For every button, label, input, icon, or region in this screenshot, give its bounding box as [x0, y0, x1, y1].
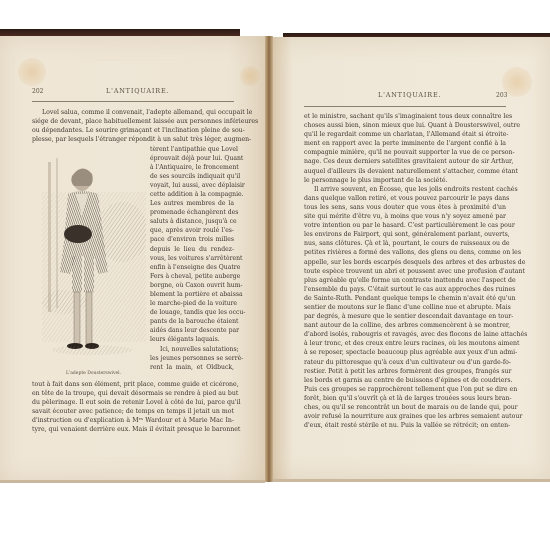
text-line: ou dépendantes. Le sourire grimaçant et … [32, 126, 234, 135]
text-line: du pèlerinage. Il eut soin de retenir Lo… [32, 398, 234, 407]
text-line: ches, ou qu'il se rencontrât un bout de … [304, 403, 506, 412]
text-line: les environs de Fairport, qui sont, géné… [304, 230, 506, 239]
left-running-head: L'ANTIQUAIRE. [106, 87, 169, 95]
text-line: voyait, lui aussi, avec déplaisir [150, 181, 234, 190]
text-line: blement la portière et abaissa [150, 290, 234, 299]
text-line: en tête de la troupe, qui devait désorma… [32, 389, 234, 398]
portrait-engraving-icon [42, 152, 146, 357]
foxing-stain [240, 66, 260, 86]
right-text: et le ministre, sachant qu'ils s'imagina… [304, 112, 506, 430]
left-text-side: tèrent l'antipathie que Lovel éprouvait … [150, 145, 234, 372]
text-line: Ici, nouvelles salutations; [150, 345, 234, 354]
text-line: borgne, où Caxon ouvrit hum- [150, 281, 234, 290]
text-line: l'ensemble du pays. C'était surtout le c… [304, 285, 506, 294]
text-line: par degrés, à mesure que le sentier desc… [304, 312, 506, 321]
text-line: appelle, sur les bords escarpés desquels… [304, 258, 506, 267]
text-line: petites rivières a formé des vallons, de… [304, 248, 506, 257]
text-line: nage. Ces deux derniers satellites gravi… [304, 157, 506, 166]
text-line: site qui mérite d'être vu, à moins que v… [304, 212, 506, 221]
text-line: d'eux, était resté stérile et nu. Puis l… [304, 421, 506, 430]
header-rule [304, 106, 506, 107]
text-line: restier. Petit à petit les arbres formèr… [304, 367, 506, 376]
text-line: Les autres membres de la [150, 199, 234, 208]
text-line: d'instruction ou d'explication à Mᵉˢ War… [32, 416, 234, 425]
text-line: dans quelque vallon retiré, et vous pouv… [304, 194, 506, 203]
text-line: nant autour de la colline, des arbres co… [304, 321, 506, 330]
text-line: Lovel salua, comme il convenait, l'adept… [32, 108, 234, 117]
text-line: à se reposer, spectacle beaucoup plus ag… [304, 348, 506, 357]
text-line: ment en rapport avec la perte imminente … [304, 139, 506, 148]
text-line: pants de la barouche étaient [150, 317, 234, 326]
header-rule [32, 101, 234, 102]
text-line: à l'Antiquaire, le froncement [150, 163, 234, 172]
text-line: les bords et garnis au centre de buisson… [304, 376, 506, 385]
text-line: votre intention ou par le hasard. C'est … [304, 221, 506, 230]
text-line: plesse, par lesquels l'étranger répondit… [32, 135, 234, 144]
text-line: plus agréable qu'elle forme un contraste… [304, 276, 506, 285]
text-line: tout à fait dans son élément, prit place… [32, 380, 234, 389]
text-line: enfin à l'enseigne des Quatre [150, 263, 234, 272]
text-line: sentier de moutons sur le flanc d'une co… [304, 303, 506, 312]
right-page-number: 203 [496, 92, 507, 99]
text-line: savait écouter avec patience; de temps e… [32, 407, 234, 416]
text-line: les jeunes personnes se serrè- [150, 354, 234, 363]
text-line: auquel d'ailleurs ils devaient naturelle… [304, 167, 506, 176]
text-line: pace d'environ trois milles [150, 235, 234, 244]
text-line: Il arrive souvent, en Écosse, que les jo… [304, 185, 506, 194]
text-line: de Sainte-Ruth. Pendant quelque temps le… [304, 294, 506, 303]
text-line: cette addition à la compagnie. [150, 190, 234, 199]
text-line: depuis le lieu du rendez- [150, 245, 234, 254]
left-text-top: Lovel salua, comme il convenait, l'adept… [32, 108, 234, 144]
right-running-head: L'ANTIQUAIRE. [378, 91, 441, 99]
illustration-caption: L'adepte Dousterswivel. [66, 371, 121, 376]
text-line: d'abord isolés, rabougris et ravagés, av… [304, 330, 506, 339]
left-text-bottom: tout à fait dans son élément, prit place… [32, 380, 234, 435]
text-line: que, après avoir roulé l'es- [150, 226, 234, 235]
text-line: aidés dans leur descente par [150, 326, 234, 335]
text-line: toute espèce trouvent un abri et poussen… [304, 267, 506, 276]
text-line: rent la main, et Oldbuck, [150, 363, 234, 372]
text-line: avoir refusé la nourriture aux graines q… [304, 412, 506, 421]
text-line: le personnage le plus important de la so… [304, 176, 506, 185]
text-line: éprouvait déjà pour lui. Quant [150, 154, 234, 163]
text-line: promenade échangèrent des [150, 208, 234, 217]
text-line: tous les sens, sans vous douter que vous… [304, 203, 506, 212]
text-line: tyre, qui venaient derrière eux. Mais il… [32, 425, 234, 434]
text-line: rateur du pittoresque qu'à ceux d'un cul… [304, 358, 506, 367]
text-line: leurs élégants laquais. [150, 335, 234, 344]
text-line: siége de devant, place habituellement la… [32, 117, 234, 126]
text-line: tèrent l'antipathie que Lovel [150, 145, 234, 154]
text-line: saluts à distance, jusqu'à ce [150, 217, 234, 226]
page-bottom-edge [273, 479, 550, 482]
text-line: le marche-pied de la voiture [150, 299, 234, 308]
foxing-stain [18, 58, 46, 86]
book-cover-top-left [0, 29, 240, 36]
text-line: Puis ces groupes se rapprochèrent tellem… [304, 385, 506, 394]
left-page-number: 202 [32, 88, 43, 95]
text-line: qu'il le regardait comme un charlatan, l… [304, 130, 506, 139]
text-line: et le ministre, sachant qu'ils s'imagina… [304, 112, 506, 121]
engraving-illustration [42, 152, 146, 357]
text-line: nus, sans clôtures. Çà et là, pourtant, … [304, 239, 506, 248]
page-bottom-edge [0, 480, 265, 483]
text-line: à leur tronc, et des creux entre leurs r… [304, 339, 506, 348]
book-gutter [265, 36, 273, 482]
text-line: choses aussi bien, sinon mieux que lui. … [304, 121, 506, 130]
text-line: compagnie minière, qu'il ne pouvait supp… [304, 148, 506, 157]
text-line: forêt, bien qu'il s'ouvrît çà et là de l… [304, 394, 506, 403]
text-line: vous, les voitures s'arrêtèrent [150, 254, 234, 263]
text-line: de ses sourcils indiquait qu'il [150, 172, 234, 181]
text-line: de louage, tandis que les occu- [150, 308, 234, 317]
text-line: Fers à cheval, petite auberge [150, 272, 234, 281]
